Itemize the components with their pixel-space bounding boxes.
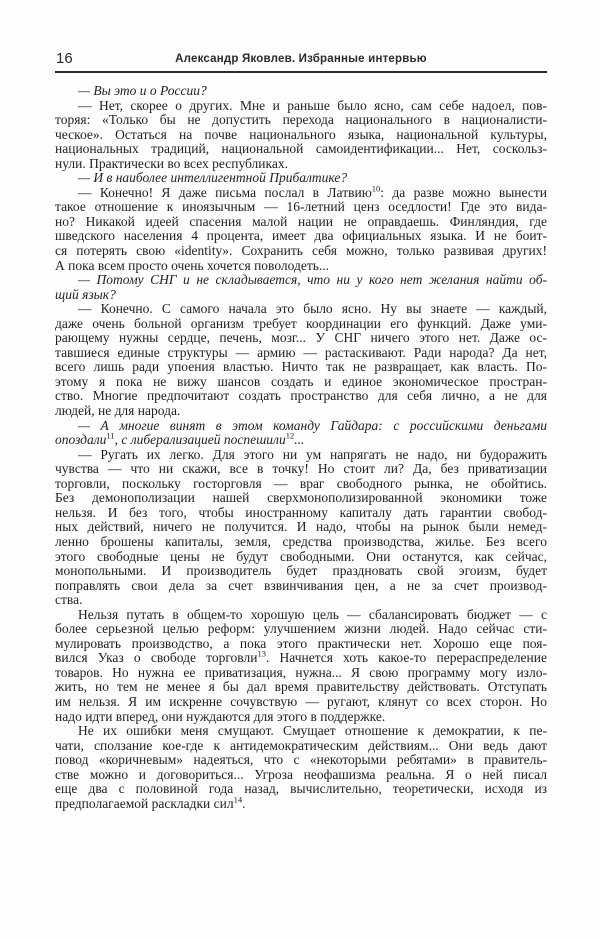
text-line: — Ругать их легко. Для этого ни ум напря… xyxy=(55,448,547,463)
text-line: торяя: «Только бы не допустить перехода … xyxy=(55,113,547,128)
text-line: вился Указ о свободе торговли13. Начнетс… xyxy=(55,651,547,666)
text-line: — Вы это и о России? xyxy=(55,84,547,99)
text-line: этому я пока не вижу шансов создать и ед… xyxy=(55,375,547,390)
text-line: жить, но тем не менее я бы дал время пра… xyxy=(55,680,547,695)
text-line: чати, сползание кое-где к антидемократич… xyxy=(55,739,547,754)
text-line: рающему нужны сердце, печень, мозг... У … xyxy=(55,331,547,346)
text-line: национальных традиций, национальной само… xyxy=(55,142,547,157)
question-paragraph: — А многие винят в этом команду Гайдара:… xyxy=(55,419,547,448)
text-line: еще два с половиной года назад, вычислит… xyxy=(55,782,547,797)
question-paragraph: — Вы это и о России? xyxy=(55,84,547,99)
text-line: ства. xyxy=(55,593,547,608)
text-line: этого свободные цены не будут свободными… xyxy=(55,550,547,565)
footnote-ref: 11 xyxy=(106,431,114,441)
text-line: нули. Практически во всех республиках. xyxy=(55,157,547,172)
text-line: товаров. Но нужна ее приватизация, нужна… xyxy=(55,666,547,681)
text-line: более серьезной целью реформ: улучшением… xyxy=(55,622,547,637)
text-line: им нельзя. Я им искренне сочувствую — ру… xyxy=(55,695,547,710)
footnote-ref: 13 xyxy=(257,649,266,659)
text-line: тавшиеся единые структуры — армию — раст… xyxy=(55,346,547,361)
text-line: ческое». Остаться на почве национального… xyxy=(55,128,547,143)
text-line: щий язык? xyxy=(55,288,547,303)
footnote-ref: 12 xyxy=(286,431,295,441)
answer-paragraph: Не их ошибки меня смущают. Смущает отнош… xyxy=(55,724,547,811)
text-line: повод «коричневым» надеяться, что с «нек… xyxy=(55,753,547,768)
text-line: стве можно и договориться... Угроза неоф… xyxy=(55,768,547,783)
text-line: опоздали11, с либерализацией поспешили12… xyxy=(55,433,547,448)
footnote-ref: 14 xyxy=(234,794,243,804)
text-line: даже очень больной организм требует коор… xyxy=(55,317,547,332)
text-line: монопольными. И производитель будет праз… xyxy=(55,564,547,579)
text-line: — А многие винят в этом команду Гайдара:… xyxy=(55,419,547,434)
footnote-ref: 10 xyxy=(372,183,381,193)
text-line: нельзя. И без того, чтобы иностранному к… xyxy=(55,506,547,521)
text-line: шведского населения 4 процента, имеет дв… xyxy=(55,229,547,244)
text-line: всего лишь ради упоения властью. Ничто т… xyxy=(55,360,547,375)
text-line: ных действий, ничего не получится. И над… xyxy=(55,520,547,535)
text-line: но? Никакой идеей спасения малой нации н… xyxy=(55,215,547,230)
answer-paragraph: — Нет, скорее о других. Мне и раньше был… xyxy=(55,99,547,172)
text-line: надо идти вперед, они нуждаются для этог… xyxy=(55,710,547,725)
text-line: ленно брошены капиталы, земля, средства … xyxy=(55,535,547,550)
text-line: Не их ошибки меня смущают. Смущает отнош… xyxy=(55,724,547,739)
text-line: А пока всем просто очень хочется поволод… xyxy=(55,259,547,274)
text-line: — Конечно. С самого начала это было ясно… xyxy=(55,302,547,317)
text-line: предполагаемой раскладки сил14. xyxy=(55,797,547,812)
question-paragraph: — И в наиболее интеллигентной Прибалтике… xyxy=(55,171,547,186)
running-title: Александр Яковлев. Избранные интервью xyxy=(55,53,547,65)
text-line: Без демонополизации нашей сверхмонополиз… xyxy=(55,491,547,506)
page-header: 16 Александр Яковлев. Избранные интервью xyxy=(55,0,547,73)
answer-paragraph: — Конечно! Я даже письма послал в Латвию… xyxy=(55,186,547,273)
text-line: — И в наиболее интеллигентной Прибалтике… xyxy=(55,171,547,186)
text-line: — Конечно! Я даже письма послал в Латвию… xyxy=(55,186,547,201)
question-paragraph: — Потому СНГ и не складывается, что ни у… xyxy=(55,273,547,302)
text-line: такое отношение к иноязычным — 16-летний… xyxy=(55,200,547,215)
text-line: ство. Многие предпочитают создать простр… xyxy=(55,389,547,404)
text-line: поправлять свои дела за счет взвинчивани… xyxy=(55,579,547,594)
text-line: — Нет, скорее о других. Мне и раньше был… xyxy=(55,99,547,114)
answer-paragraph: — Конечно. С самого начала это было ясно… xyxy=(55,302,547,418)
answer-paragraph: — Ругать их легко. Для этого ни ум напря… xyxy=(55,448,547,608)
text-line: чувства — что ни скажи, все в точку! Но … xyxy=(55,462,547,477)
book-page: 16 Александр Яковлев. Избранные интервью… xyxy=(0,0,600,939)
text-line: ся потерять свою «identity». Сохранить с… xyxy=(55,244,547,259)
answer-paragraph: Нельзя путать в общем-то хорошую цель — … xyxy=(55,608,547,724)
text-line: Нельзя путать в общем-то хорошую цель — … xyxy=(55,608,547,623)
text-line: людей, не для народа. xyxy=(55,404,547,419)
text-line: — Потому СНГ и не складывается, что ни у… xyxy=(55,273,547,288)
body-text: — Вы это и о России?— Нет, скорее о друг… xyxy=(55,84,547,811)
text-line: торговли, поскольку госторговля — враг с… xyxy=(55,477,547,492)
